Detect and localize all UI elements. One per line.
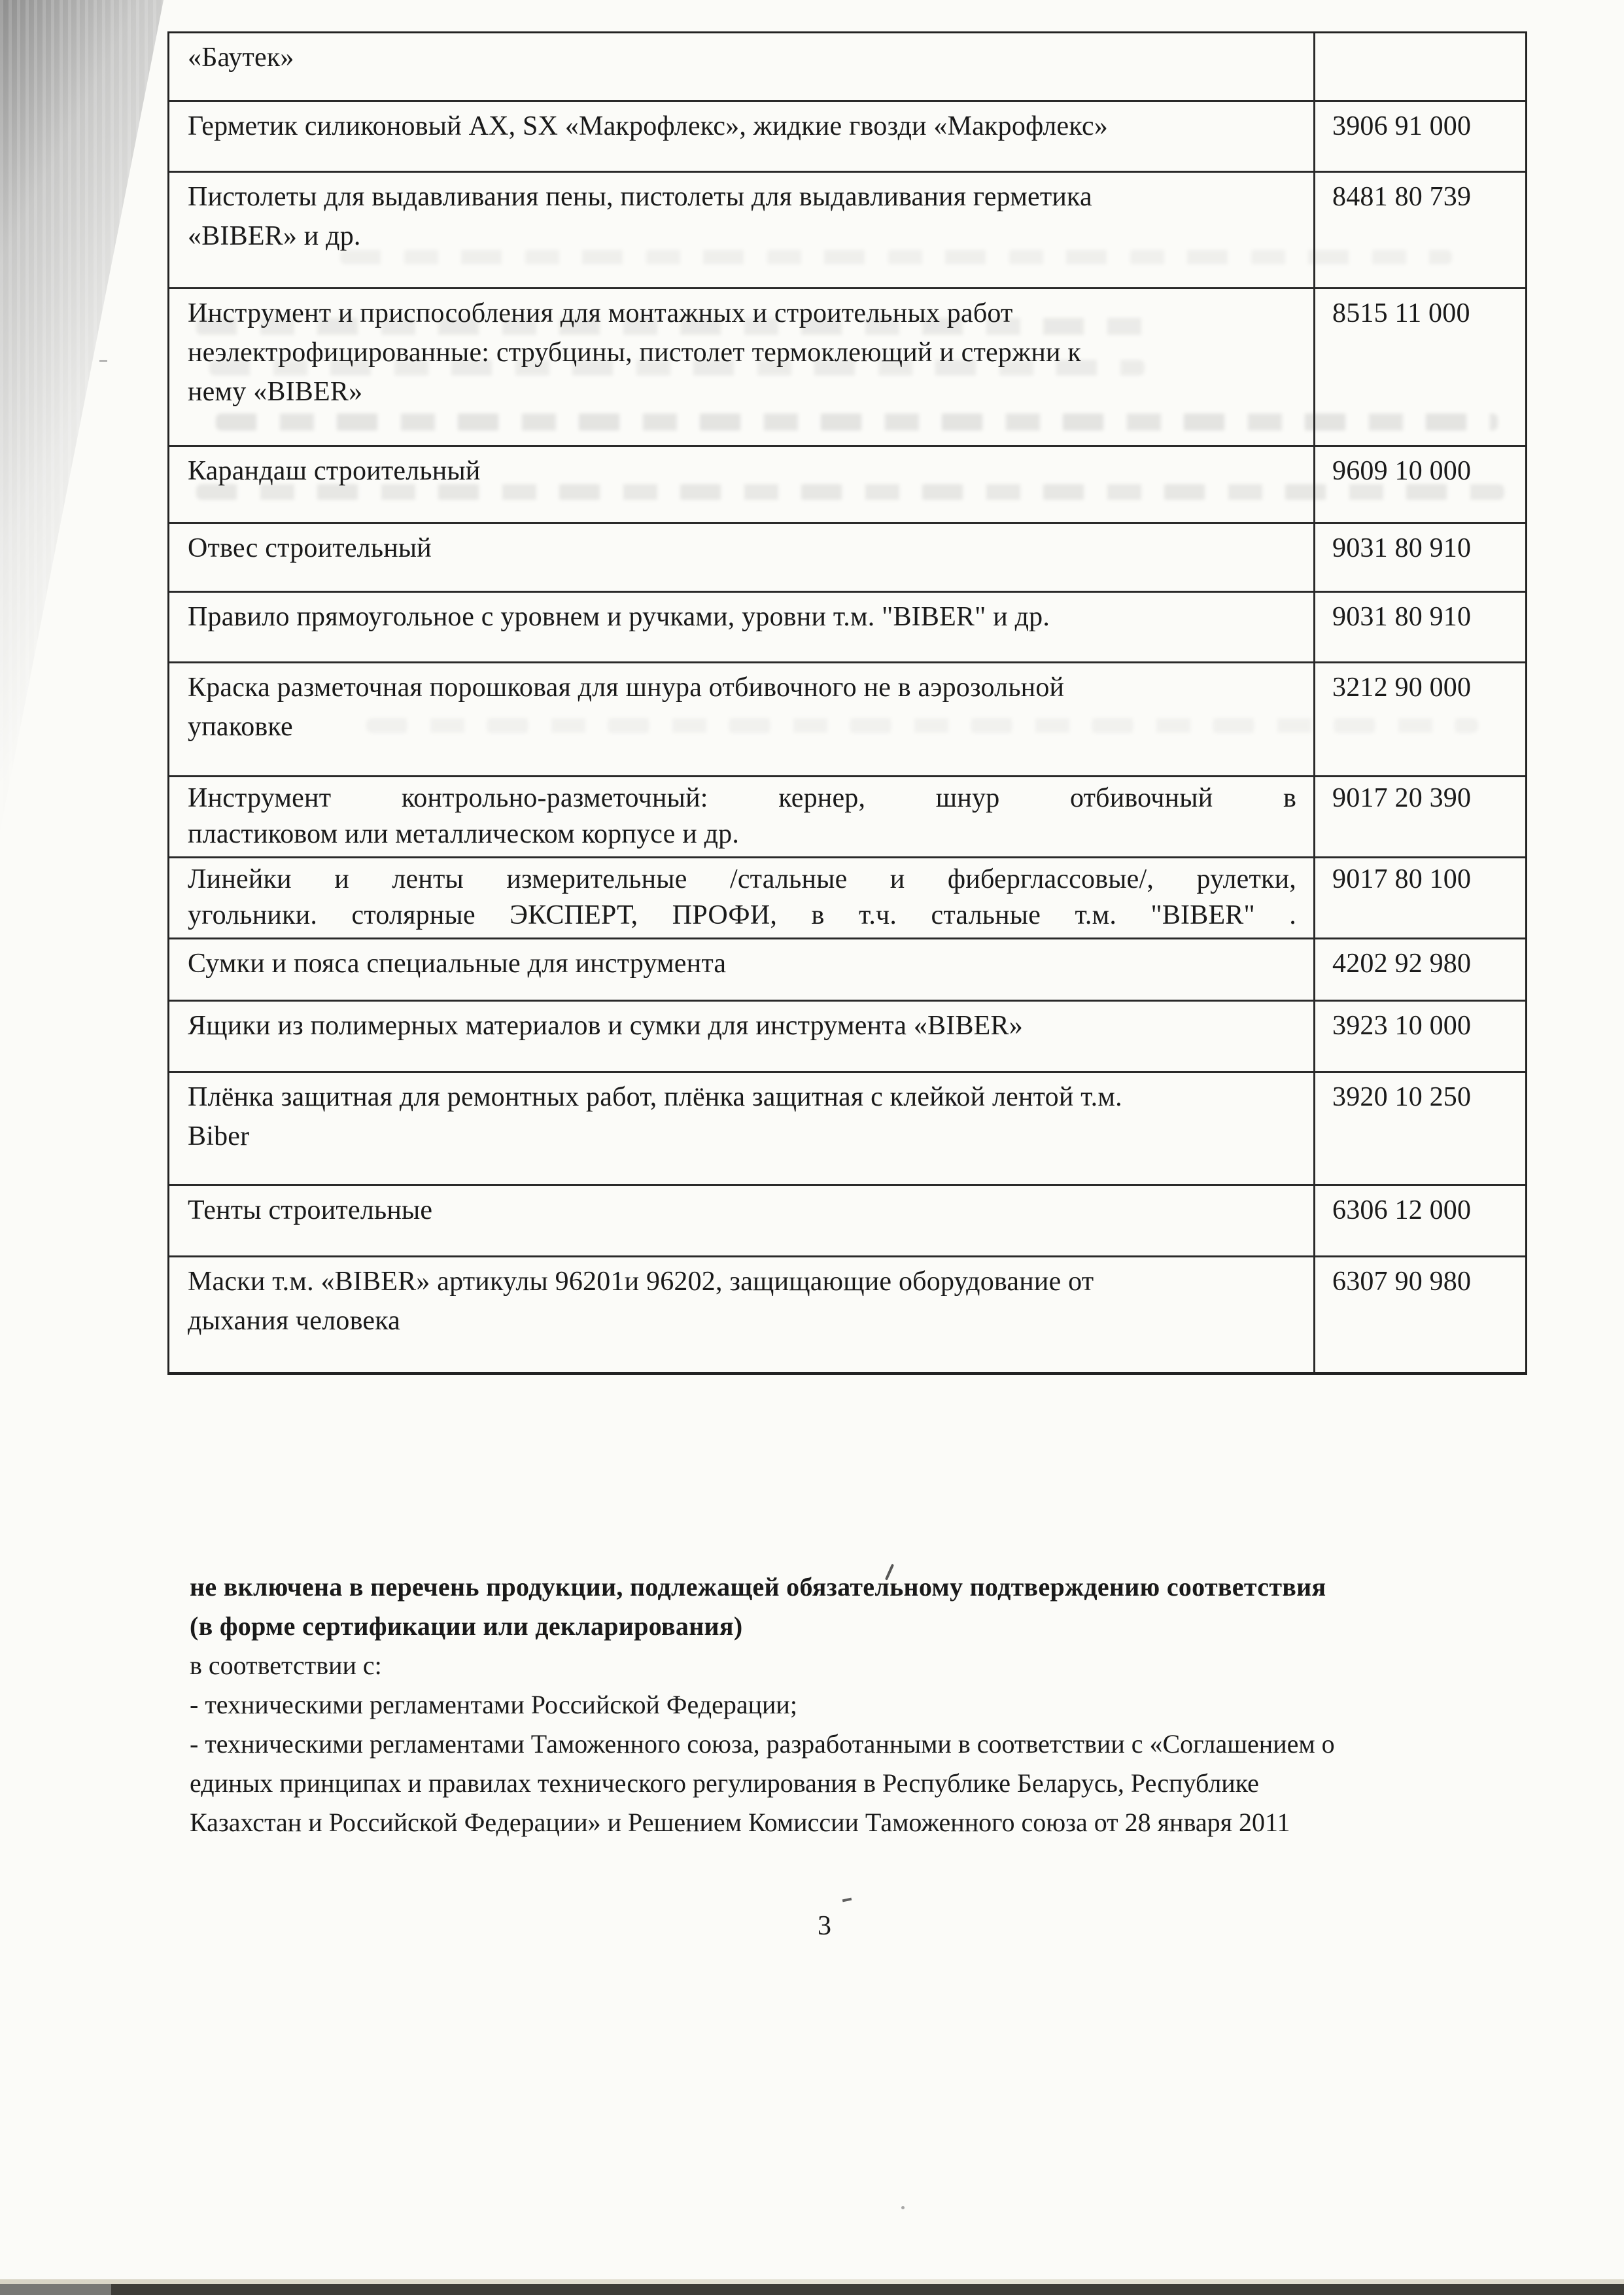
product-description-cell: Пистолеты для выдавливания пены, пистоле… [169, 173, 1313, 287]
product-description-cell: Краска разметочная порошковая для шнура … [169, 663, 1313, 775]
description-line: Герметик силиконовый АХ, SX «Макрофлекс»… [188, 107, 1296, 146]
table-row: Отвес строительный 9031 80 910 [169, 522, 1525, 591]
table-row: Сумки и пояса специальные для инструмент… [169, 937, 1525, 1000]
tnved-code-cell: 3920 10 250 [1313, 1073, 1525, 1184]
customs-codes-table: «Баутек» Герметик силиконовый АХ, SX «Ма… [167, 31, 1527, 1375]
tnved-code-cell: 3906 91 000 [1313, 102, 1525, 171]
scanner-edge-band [0, 2284, 1624, 2295]
description-line: Ящики из полимерных материалов и сумки д… [188, 1006, 1296, 1045]
description-line: Пистолеты для выдавливания пены, пистоле… [188, 177, 1296, 217]
tnved-code-cell: 3212 90 000 [1313, 663, 1525, 775]
tnved-code-cell: 8515 11 000 [1313, 289, 1525, 445]
table-row: Краска разметочная порошковая для шнура … [169, 661, 1525, 775]
description-line: «BIBER» и др. [188, 217, 1296, 256]
dash-mark [842, 1898, 852, 1902]
product-description-cell: Отвес строительный [169, 524, 1313, 591]
tnved-code-cell: 6306 12 000 [1313, 1186, 1525, 1255]
footer-line: в соответствии с: [190, 1646, 1517, 1685]
product-description-cell: Инструмент контрольно-разметочный: керне… [169, 777, 1313, 856]
product-description-cell: Инструмент и приспособления для монтажны… [169, 289, 1313, 445]
footer-line: - техническими регламентами Таможенного … [190, 1725, 1517, 1764]
description-line: Отвес строительный [188, 529, 1296, 568]
tnved-code-cell: 3923 10 000 [1313, 1002, 1525, 1071]
speck-artifact [901, 2206, 905, 2209]
tnved-code-cell: 8481 80 739 [1313, 173, 1525, 287]
description-line: Сумки и пояса специальные для инструмент… [188, 944, 1296, 983]
description-line: нему «BIBER» [188, 372, 1296, 412]
tnved-code-cell: 9031 80 910 [1313, 593, 1525, 661]
tnved-code-cell: 9609 10 000 [1313, 447, 1525, 522]
page-number: 3 [818, 1910, 831, 1942]
description-line: дыхания человека [188, 1301, 1296, 1340]
scanned-document-page: «Баутек» Герметик силиконовый АХ, SX «Ма… [0, 0, 1624, 2295]
product-description-cell: Правило прямоугольное с уровнем и ручкам… [169, 593, 1313, 661]
product-description-cell: Герметик силиконовый АХ, SX «Макрофлекс»… [169, 102, 1313, 171]
product-description-cell: Тенты строительные [169, 1186, 1313, 1255]
tnved-code-cell [1313, 33, 1525, 100]
description-line: неэлектрофицированные: струбцины, пистол… [188, 333, 1296, 372]
tnved-code-cell: 9017 20 390 [1313, 777, 1525, 856]
description-line: Biber [188, 1117, 1296, 1156]
description-line: Линейки и ленты измерительные /стальные … [188, 862, 1296, 898]
product-description-cell: Маски т.м. «BIBER» артикулы 96201и 96202… [169, 1257, 1313, 1372]
table-row: Правило прямоугольное с уровнем и ручкам… [169, 591, 1525, 661]
product-description-cell: Ящики из полимерных материалов и сумки д… [169, 1002, 1313, 1071]
tnved-code-cell: 4202 92 980 [1313, 939, 1525, 1000]
description-line: пластиковом или металлическом корпусе и … [188, 816, 1296, 852]
table-row: Линейки и ленты измерительные /стальные … [169, 856, 1525, 937]
description-line: Краска разметочная порошковая для шнура … [188, 668, 1296, 707]
footer-paragraphs: не включена в перечень продукции, подлеж… [190, 1568, 1517, 1842]
table-row: Ящики из полимерных материалов и сумки д… [169, 1000, 1525, 1071]
footer-line: - техническими регламентами Российской Ф… [190, 1685, 1517, 1725]
footer-line: единых принципах и правилах технического… [190, 1764, 1517, 1803]
description-line: Правило прямоугольное с уровнем и ручкам… [188, 597, 1296, 637]
product-description-cell: Карандаш строительный [169, 447, 1313, 522]
table-row: Герметик силиконовый АХ, SX «Макрофлекс»… [169, 100, 1525, 171]
product-description-cell: «Баутек» [169, 33, 1313, 100]
tnved-code-cell: 9017 80 100 [1313, 858, 1525, 937]
tnved-code-cell: 6307 90 980 [1313, 1257, 1525, 1372]
table-row: Инструмент контрольно-разметочный: керне… [169, 775, 1525, 856]
description-line: Инструмент и приспособления для монтажны… [188, 294, 1296, 333]
description-line: Плёнка защитная для ремонтных работ, плё… [188, 1077, 1296, 1117]
product-description-cell: Плёнка защитная для ремонтных работ, плё… [169, 1073, 1313, 1184]
table-row: Маски т.м. «BIBER» артикулы 96201и 96202… [169, 1255, 1525, 1372]
product-description-cell: Линейки и ленты измерительные /стальные … [169, 858, 1313, 937]
description-line: угольники. столярные ЭКСПЕРТ, ПРОФИ, в т… [188, 898, 1296, 934]
table-row: Инструмент и приспособления для монтажны… [169, 287, 1525, 445]
table-row: Тенты строительные 6306 12 000 [169, 1184, 1525, 1255]
table-row: «Баутек» [169, 33, 1525, 100]
tnved-code-cell: 9031 80 910 [1313, 524, 1525, 591]
footer-line: (в форме сертификации или декларирования… [190, 1607, 1517, 1646]
footer-line: Казахстан и Российской Федерации» и Реше… [190, 1803, 1517, 1842]
table-row: Плёнка защитная для ремонтных работ, плё… [169, 1071, 1525, 1184]
footer-line: не включена в перечень продукции, подлеж… [190, 1568, 1517, 1607]
description-line: «Баутек» [188, 38, 1296, 77]
product-description-cell: Сумки и пояса специальные для инструмент… [169, 939, 1313, 1000]
description-line: упаковке [188, 707, 1296, 746]
speck-artifact [99, 360, 107, 362]
table-row: Пистолеты для выдавливания пены, пистоле… [169, 171, 1525, 287]
description-line: Инструмент контрольно-разметочный: керне… [188, 780, 1296, 816]
description-line: Маски т.м. «BIBER» артикулы 96201и 96202… [188, 1262, 1296, 1301]
table-row: Карандаш строительный 9609 10 000 [169, 445, 1525, 522]
description-line: Карандаш строительный [188, 451, 1296, 491]
description-line: Тенты строительные [188, 1191, 1296, 1230]
